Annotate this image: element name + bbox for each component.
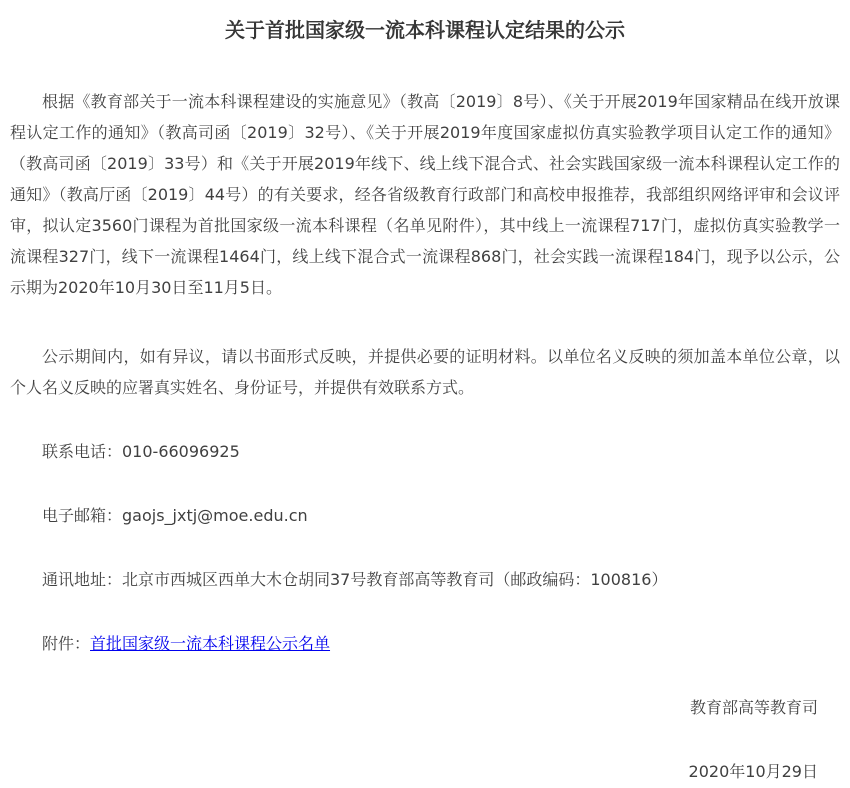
paragraph-basis: 根据《教育部关于一流本科课程建设的实施意见》（教高〔2019〕8号）、《关于开展… [10,86,840,303]
contact-phone: 联系电话：010-66096925 [10,436,840,467]
page-title: 关于首批国家级一流本科课程认定结果的公示 [10,16,840,44]
paragraph-objection-instructions: 公示期间内，如有异议，请以书面形式反映，并提供必要的证明材料。以单位名义反映的须… [10,341,840,403]
contact-email: 电子邮箱：gaojs_jxtj@moe.edu.cn [10,500,840,531]
signer: 教育部高等教育司 [10,692,840,723]
attachment-link[interactable]: 首批国家级一流本科课程公示名单 [90,634,330,653]
publish-date: 2020年10月29日 [10,756,840,787]
announcement-document: 关于首批国家级一流本科课程认定结果的公示 根据《教育部关于一流本科课程建设的实施… [0,0,850,788]
attachment-label: 附件： [42,634,90,653]
attachment-line: 附件：首批国家级一流本科课程公示名单 [10,628,840,659]
contact-address: 通讯地址：北京市西城区西单大木仓胡同37号教育部高等教育司（邮政编码：10081… [10,564,840,595]
